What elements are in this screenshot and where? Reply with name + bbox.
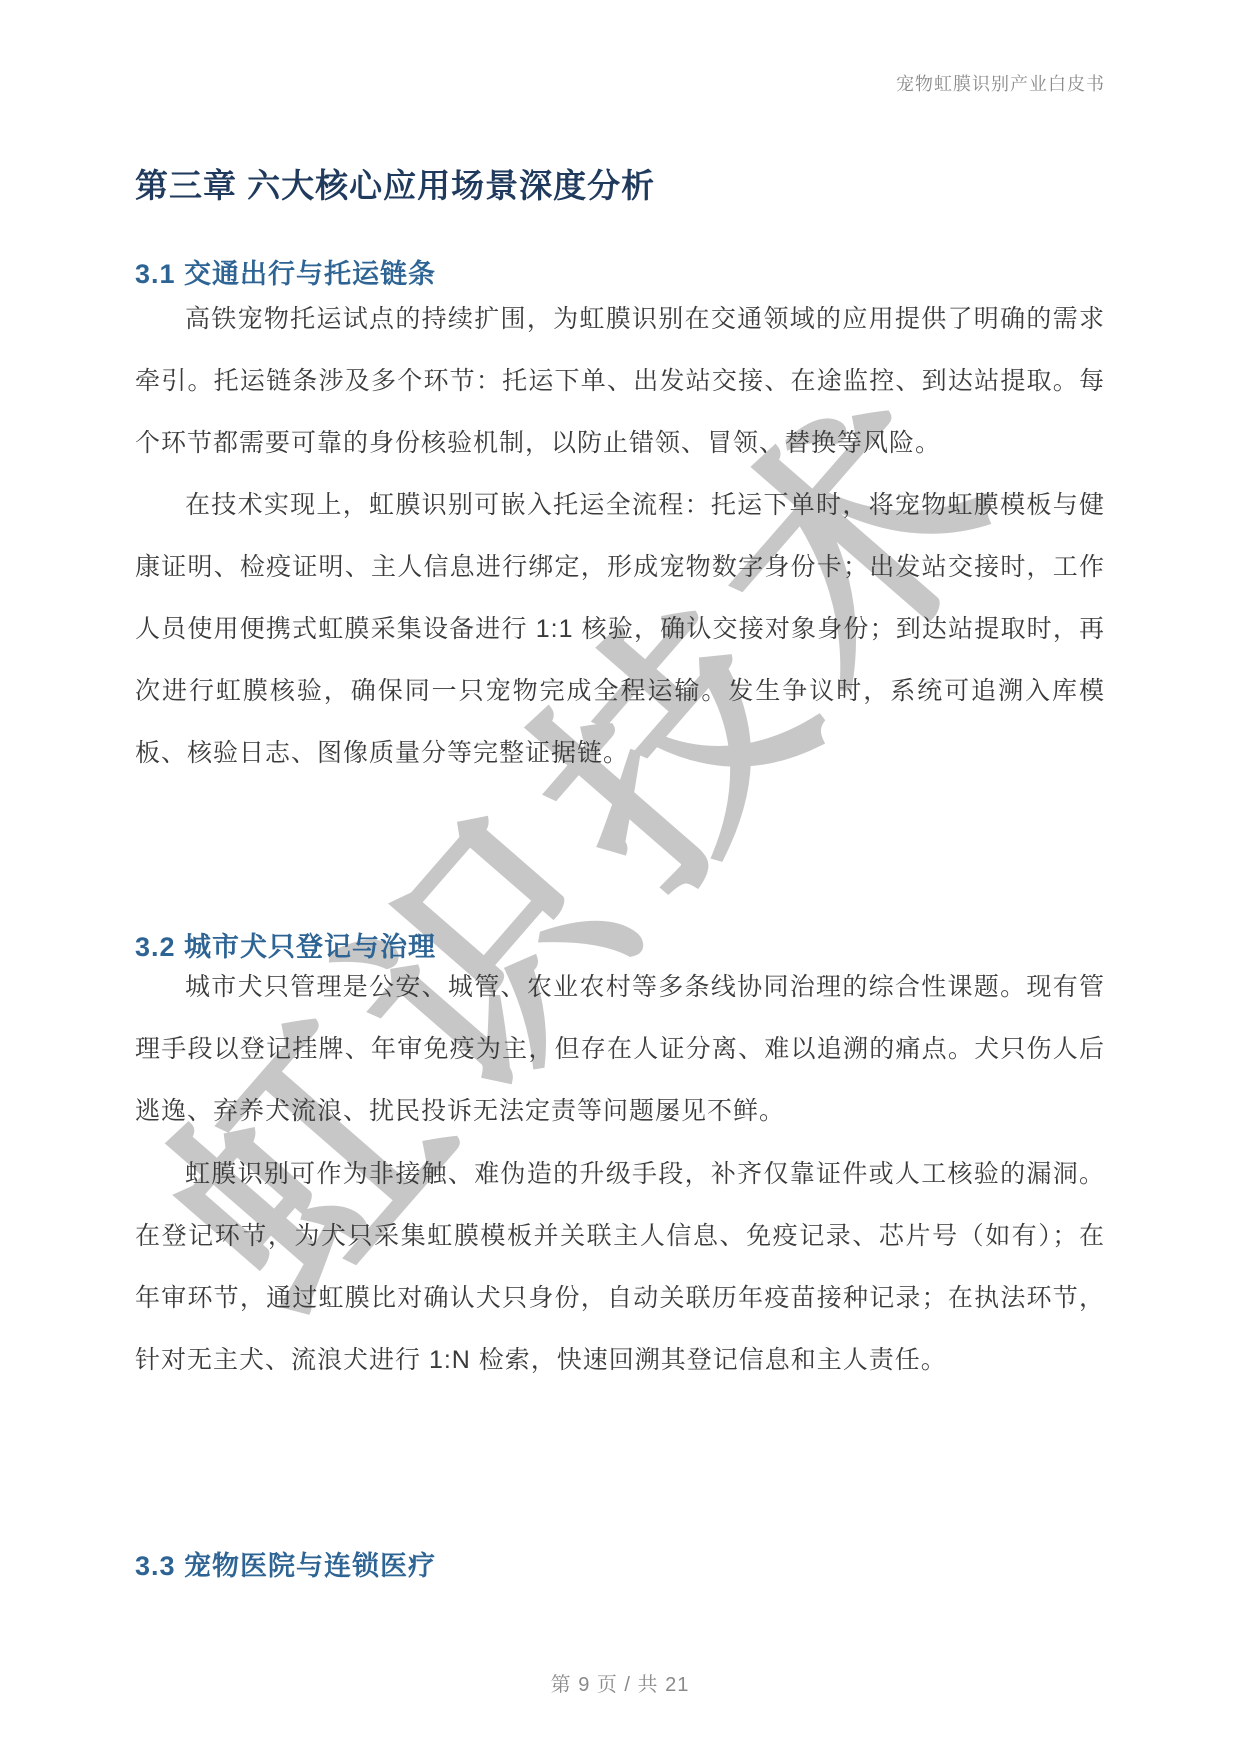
page-content: 宠物虹膜识别产业白皮书 第三章 六大核心应用场景深度分析 3.1 交通出行与托运… <box>0 0 1240 1754</box>
section-heading-3-1: 3.1 交通出行与托运链条 <box>135 252 436 291</box>
section-heading-3-3: 3.3 宠物医院与连锁医疗 <box>135 1544 436 1583</box>
section-3-2-paragraph-1: 城市犬只管理是公安、城管、农业农村等多条线协同治理的综合性课题。现有管理手段以登… <box>135 956 1105 1142</box>
section-3-1-paragraph-1: 高铁宠物托运试点的持续扩围，为虹膜识别在交通领域的应用提供了明确的需求牵引。托运… <box>135 288 1105 474</box>
chapter-title: 第三章 六大核心应用场景深度分析 <box>135 160 655 207</box>
section-3-1-paragraph-2: 在技术实现上，虹膜识别可嵌入托运全流程：托运下单时，将宠物虹膜模板与健康证明、检… <box>135 474 1105 784</box>
page-header-title: 宠物虹膜识别产业白皮书 <box>896 70 1105 96</box>
section-3-2-paragraph-2: 虹膜识别可作为非接触、难伪造的升级手段，补齐仅靠证件或人工核验的漏洞。在登记环节… <box>135 1143 1105 1391</box>
document-page: 虹识技术 宠物虹膜识别产业白皮书 第三章 六大核心应用场景深度分析 3.1 交通… <box>0 0 1240 1754</box>
page-number-footer: 第 9 页 / 共 21 <box>0 1668 1240 1697</box>
